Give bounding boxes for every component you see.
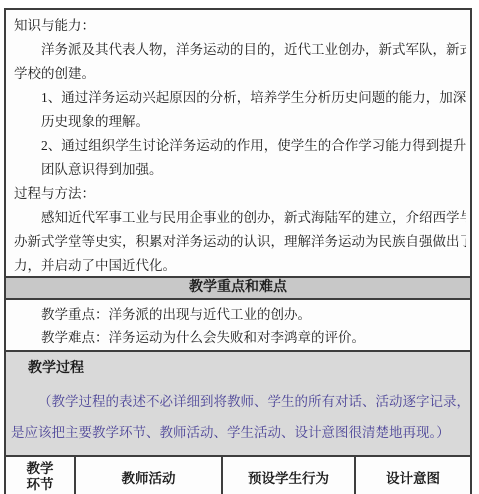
note-line: 是应该把主要教学环节、教师活动、学生活动、设计意图很清楚地再现。）: [11, 417, 466, 448]
teaching-process-title: 教学过程: [11, 359, 466, 379]
knowledge-line: 办新式学堂等史实，积累对洋务运动的认识，理解洋务运动为民族自强做出了努: [14, 230, 466, 254]
lesson-plan-document: 知识与能力： 洋务派及其代表人物，洋务运动的目的，近代工业创办，新式军队，新式 …: [4, 8, 472, 490]
knowledge-line: 力，并启动了中国近代化。: [14, 254, 466, 278]
knowledge-line: 感知近代军事工业与民用企事业的创办，新式海陆军的建立，介绍西学与开: [14, 206, 466, 230]
column-header-label: 教学环节: [25, 461, 55, 491]
knowledge-line: 洋务派及其代表人物，洋务运动的目的，近代工业创办，新式军队，新式: [14, 38, 466, 62]
section-key-difficult-points: 教学重点：洋务派的出现与近代工业的创办。 教学难点：洋务运动为什么会失败和对李鸿…: [6, 300, 470, 350]
process-method-heading: 过程与方法：: [14, 182, 466, 206]
section-header-key-difficult-points: 教学重点和难点: [6, 276, 470, 300]
section-teaching-process: 教学过程 （教学过程的表述不必详细到将教师、学生的所有对话、活动逐字记录，但 是…: [6, 350, 470, 455]
section-knowledge-and-ability: 知识与能力： 洋务派及其代表人物，洋务运动的目的，近代工业创办，新式军队，新式 …: [6, 10, 470, 276]
teaching-process-note: （教学过程的表述不必详细到将教师、学生的所有对话、活动逐字记录，但 是应该把主要…: [11, 386, 466, 448]
knowledge-line: 历史现象的理解。: [14, 110, 466, 134]
knowledge-heading: 知识与能力：: [14, 14, 466, 38]
column-header-design-intent: 设计意图: [356, 457, 470, 490]
note-line: （教学过程的表述不必详细到将教师、学生的所有对话、活动逐字记录，但: [11, 386, 466, 417]
knowledge-line: 2、通过组织学生讨论洋务运动的作用，使学生的合作学习能力得到提升，: [14, 134, 466, 158]
column-header-teacher-activity: 教师活动: [76, 457, 223, 490]
knowledge-line: 1、通过洋务运动兴起原因的分析，培养学生分析历史问题的能力，加深对: [14, 86, 466, 110]
column-header-expected-student-behavior: 预设学生行为: [223, 457, 356, 490]
teaching-key-point-line: 教学重点：洋务派的出现与近代工业的创办。: [14, 303, 466, 326]
column-header-teaching-step: 教学环节: [6, 457, 76, 490]
knowledge-line: 团队意识得到加强。: [14, 158, 466, 182]
teaching-difficult-point-line: 教学难点：洋务运动为什么会失败和对李鸿章的评价。: [14, 326, 466, 349]
knowledge-line: 学校的创建。: [14, 62, 466, 86]
activity-table-header-row: 教学环节 教师活动 预设学生行为 设计意图: [6, 455, 470, 490]
